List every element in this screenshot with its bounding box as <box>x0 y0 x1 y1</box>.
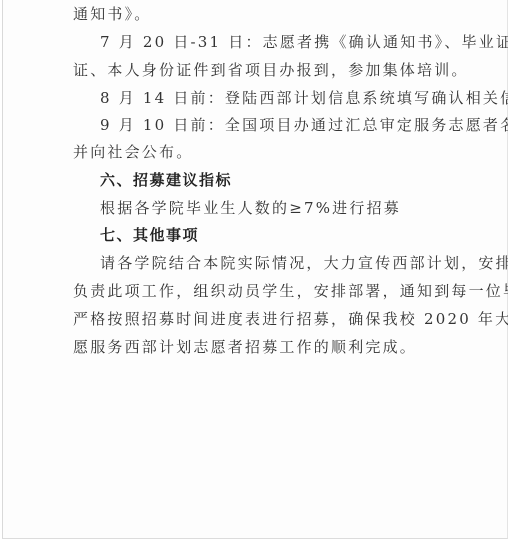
text-line: 并向社会公布。 <box>73 143 193 161</box>
text-line: 8 月 14 日前：登陆西部计划信息系统填写确认相关信息。 <box>100 89 508 107</box>
text-line: 严格按照招募时间进度表进行招募，确保我校 2020 年大学生志 <box>73 310 508 328</box>
text-line: 证、本人身份证件到省项目办报到，参加集体培训。 <box>73 61 469 79</box>
text-line: 根据各学院毕业生人数的≥7%进行招募 <box>100 199 401 217</box>
document-page: 通知书》。 7 月 20 日-31 日：志愿者携《确认通知书》、毕业证或学位 证… <box>2 0 508 539</box>
text-line: 负责此项工作，组织动员学生，安排部署，通知到每一位毕业生， <box>73 282 508 300</box>
text-line: 愿服务西部计划志愿者招募工作的顺利完成。 <box>73 338 417 356</box>
text-line: 通知书》。 <box>73 5 152 23</box>
text-line: 9 月 10 日前：全国项目办通过汇总审定服务志愿者名单， <box>100 116 508 134</box>
text-line: 7 月 20 日-31 日：志愿者携《确认通知书》、毕业证或学位 <box>100 33 508 51</box>
text-line: 请各学院结合本院实际情况，大力宣传西部计划，安排专人 <box>100 254 508 272</box>
section-heading: 六、招募建议指标 <box>100 171 232 189</box>
section-heading: 七、其他事项 <box>100 226 199 244</box>
